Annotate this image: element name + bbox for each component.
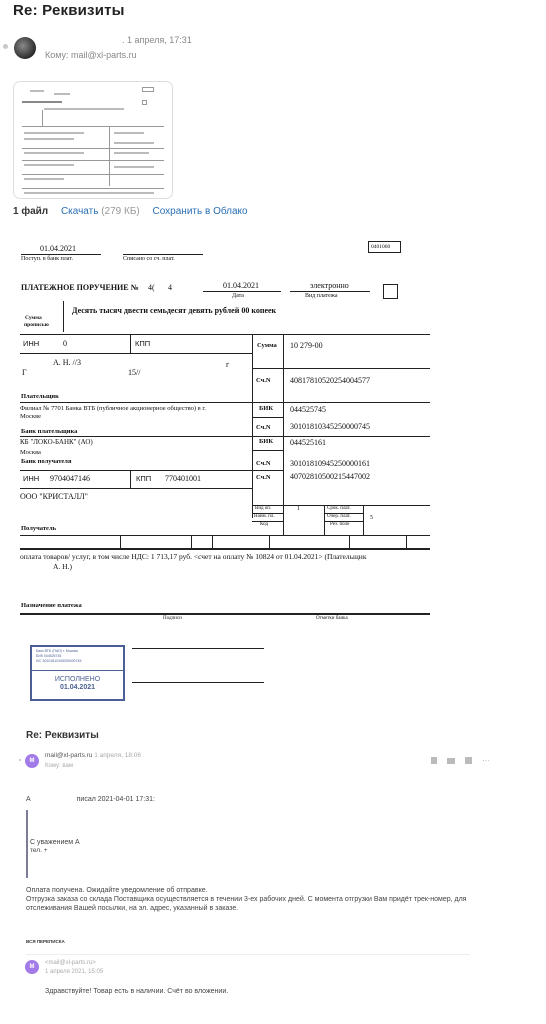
bank-stamp: Банк ВТБ (ПАО) г. Москва БИК 044525745 К…	[30, 645, 125, 701]
bank-marks-label: Отметки банка	[316, 616, 348, 621]
received-date: 01.04.2021	[40, 244, 76, 253]
more-icon[interactable]: ···	[482, 758, 490, 764]
payee-account: 40702810500215447002	[290, 472, 370, 481]
quote-header: А писал 2021-04-01 17:31:	[26, 795, 155, 804]
payment-purpose: оплата товаров/ услуг, в том числе НДС: …	[20, 552, 366, 561]
thread-body: Здравствуйте! Товар есть в наличии. Счёт…	[45, 987, 228, 996]
order-date-label: Дата	[232, 293, 244, 299]
form-code: 0401060	[371, 244, 390, 250]
reply-avatar[interactable]: M	[25, 754, 39, 768]
payer-bank-bik: 044525745	[290, 405, 326, 414]
save-to-cloud-link[interactable]: Сохранить в Облако	[153, 206, 248, 217]
stamp-date: 01.04.2021	[32, 684, 123, 691]
attachment-thumbnail[interactable]	[13, 81, 173, 199]
payer-inn: 0	[63, 339, 67, 348]
thread-from[interactable]: <mail@xl-parts.ru>	[45, 960, 96, 966]
payee-kpp: 770401001	[165, 474, 201, 483]
sender-date: . 1 апреля, 17:31	[122, 35, 192, 45]
print-icon[interactable]	[465, 757, 472, 764]
payee-bank-name: КБ "ЛОКО-БАНК" (АО)	[20, 438, 93, 446]
payment-type: электронно	[310, 281, 349, 290]
payee-bank-bik: 044525161	[290, 438, 326, 447]
reply-to-line: Кому: вам	[45, 763, 73, 769]
email-subject: Re: Реквизиты	[13, 2, 125, 19]
payer-label: Плательщик	[21, 393, 59, 400]
payee-name: ООО "КРИСТАЛЛ"	[20, 492, 88, 501]
debited-label: Списано со сч. плат.	[123, 256, 175, 262]
file-count: 1 файл	[13, 206, 48, 217]
amount-value: 10 279-00	[290, 341, 323, 350]
bookmark-icon[interactable]	[431, 757, 437, 764]
payee-inn: 9704047146	[50, 474, 90, 483]
order-number-suffix: 4	[168, 283, 172, 292]
recipient-line: Кому: mail@xl-parts.ru	[45, 50, 137, 60]
payer-bank-name: Филиал № 7701 Банка ВТБ (публичное акцио…	[20, 405, 206, 412]
reply-header: mail@xl-parts.ru 1 апреля, 18:06	[45, 752, 141, 759]
reply-from[interactable]: mail@xl-parts.ru	[45, 752, 92, 759]
thread-date: 1 апреля 2021, 15:05	[45, 969, 103, 975]
unread-dot-icon[interactable]	[3, 44, 8, 49]
reply-subject: Re: Реквизиты	[26, 730, 99, 741]
order-number-partial: 4(	[148, 283, 155, 292]
all-thread-label[interactable]: ВСЯ ПЕРЕПИСКА	[26, 939, 65, 944]
download-link[interactable]: Скачать	[61, 206, 99, 217]
quote-bar	[26, 810, 28, 878]
video-icon[interactable]	[447, 758, 455, 764]
payment-type-label: Вид платежа	[305, 293, 338, 299]
reply-date: 1 апреля, 18:06	[94, 752, 141, 759]
order-title: ПЛАТЕЖНОЕ ПОРУЧЕНИЕ №	[21, 283, 139, 292]
reply-body: Оплата получена. Ожидайте уведомление об…	[26, 886, 466, 913]
sender-avatar[interactable]	[14, 37, 36, 59]
attachment-actions: 1 файл Скачать (279 КБ) Сохранить в Обла…	[13, 206, 248, 217]
payer-account: 40817810520254004577	[290, 376, 370, 385]
purpose-label: Назначение платежа	[21, 602, 82, 609]
amount-words: Десять тысяч двести семьдесят девять руб…	[72, 306, 276, 315]
thread-dot-icon	[19, 759, 21, 761]
download-size: (279 КБ)	[101, 206, 140, 217]
thread-avatar[interactable]: M	[25, 960, 39, 974]
stamp-status: ИСПОЛНЕНО	[32, 676, 123, 683]
op-type: 1	[297, 506, 300, 512]
order-date: 01.04.2021	[223, 281, 259, 290]
payer-bank-corr-account: 30101810345250000745	[290, 422, 370, 431]
payee-bank-corr-account: 30101810945250000161	[290, 459, 370, 468]
thread-divider	[26, 954, 470, 955]
amount-words-label: Сумма	[25, 315, 42, 321]
priority: 5	[370, 515, 373, 521]
received-label: Поступ. в банк плат.	[21, 256, 73, 262]
payer-name: А. Н. //3	[53, 358, 81, 367]
signatures-label: Подписи	[163, 616, 182, 621]
message-toolbar: ···	[431, 757, 490, 764]
